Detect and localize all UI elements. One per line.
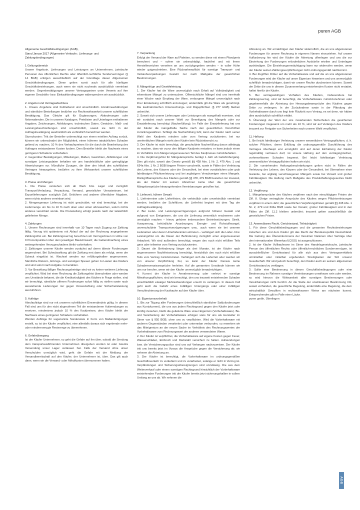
paragraph: 2. Zahlungen unserer Käufer werden zunäc… <box>25 246 128 267</box>
side-register-tab-label: AGB <box>339 472 344 489</box>
signature-line: puren gmbh, Überlingen <box>249 296 352 300</box>
agb-column-1: Allgemeine Geschäftsbedingungen (AGB), S… <box>25 47 128 380</box>
document-body: Allgemeine Geschäftsbedingungen (AGB), S… <box>25 47 352 497</box>
paragraph: Abrufaufträge sind nur mit unserem schri… <box>25 300 128 317</box>
document-title: Allgemeine Geschäftsbedingungen (AGB), S… <box>25 47 128 59</box>
paragraph: 1. Für diese Geschäftsbedingungen und di… <box>249 226 352 243</box>
paragraph: 2. Gegenüber Bestätigungen, Mitteilungen… <box>25 155 128 176</box>
paragraph: 1. Unsere Angebote sind freibleibend und… <box>25 105 128 134</box>
document-title-line: Zahlungsbedingungen) <box>25 55 128 59</box>
paragraph: 2. Die vorstehenden Haftungsbeschränkung… <box>249 163 352 184</box>
paragraph: Ist der Käufer Unternehmer, so geht die … <box>25 338 128 363</box>
page-header: puren AGB <box>261 28 341 36</box>
agb-page: puren AGB Allgemeine Geschäftsbedingunge… <box>0 0 360 510</box>
brand-header: puren AGB <box>261 28 341 36</box>
paragraph: Stornokosten: Tritt der Besteller unbere… <box>25 134 128 155</box>
paragraph: 2. Bei Liefer- und Leistungsverzögerunge… <box>137 209 240 246</box>
paragraph: 3. Der Käufer ist nicht berechtigt, die … <box>137 142 240 154</box>
paragraph: 1. Der Käufer hat die Ware unverzüglich … <box>137 88 240 113</box>
paragraph: 2. Soweit sich unsere Lieferungen oder L… <box>137 113 240 142</box>
paragraph: 1. Die Preise verstehen sich ab Werk bzw… <box>25 184 128 201</box>
paragraph: 3. Dauert die Behinderung länger als dre… <box>137 246 240 271</box>
paragraph: 1. Mängelansprüche des Käufers verjähren… <box>249 192 352 217</box>
paragraph: Abtretung an. Wir ermächtigen den Käufer… <box>249 47 352 72</box>
paragraph: Erfolgt der Versand der Ware auf Palette… <box>137 55 240 80</box>
paragraph: Unsere Angebote, Lieferungen und Leistun… <box>25 68 128 97</box>
paragraph: 1. Liefertermine oder Lieferfristen, die… <box>137 196 240 208</box>
paragraph: 2. Mengengenaue Lieferung ist nicht gesc… <box>25 201 128 218</box>
paragraph: 3. Vor Bezahlung fälliger Rechnungsbeträ… <box>25 267 128 292</box>
paragraph: 2. Der Käufer ist verpflichtet, die Vorb… <box>137 334 240 355</box>
paragraph: 1. Bis zur Tilgung aller Forderungen (ei… <box>137 300 240 333</box>
agb-column-3: Abtretung an. Wir ermächtigen den Käufer… <box>249 47 352 380</box>
paragraph: 1. Unsere Rechnungen sind innerhalb von … <box>25 225 128 246</box>
agb-column-2: 7. VerpackungErfolgt der Versand der War… <box>137 47 240 380</box>
paragraph: 5. Bei vertragswidrigem Verhalten des Kä… <box>249 93 352 118</box>
paragraph: 4. Die Verjährungsfrist für Mängelansprü… <box>137 155 240 188</box>
paragraph: 4. Bei Zugriffen Dritter auf die Vorbeha… <box>249 72 352 93</box>
paragraph: 1. Bei leicht fahrlässiger Verletzung un… <box>249 138 352 163</box>
document-columns: Allgemeine Geschäftsbedingungen (AGB), S… <box>25 47 352 380</box>
paragraph: 4. Kommt der Käufer in Annahmeverzug ode… <box>137 271 240 292</box>
paragraph: 6. Übersteigt der Wert der uns zustehend… <box>249 118 352 130</box>
paragraph: 3. Der Käufer ist berechtigt, die Vorbeh… <box>137 355 240 380</box>
paragraph: Werden Aufträge für sogenannte Sonderwar… <box>25 317 128 329</box>
paragraph: 3. Sollte eine Bestimmung in diesen Gesc… <box>249 267 352 296</box>
paragraph: 2. Ist der Käufer Vollkaufmann im Sinne … <box>249 242 352 267</box>
side-register-tab: AGB <box>339 472 344 489</box>
